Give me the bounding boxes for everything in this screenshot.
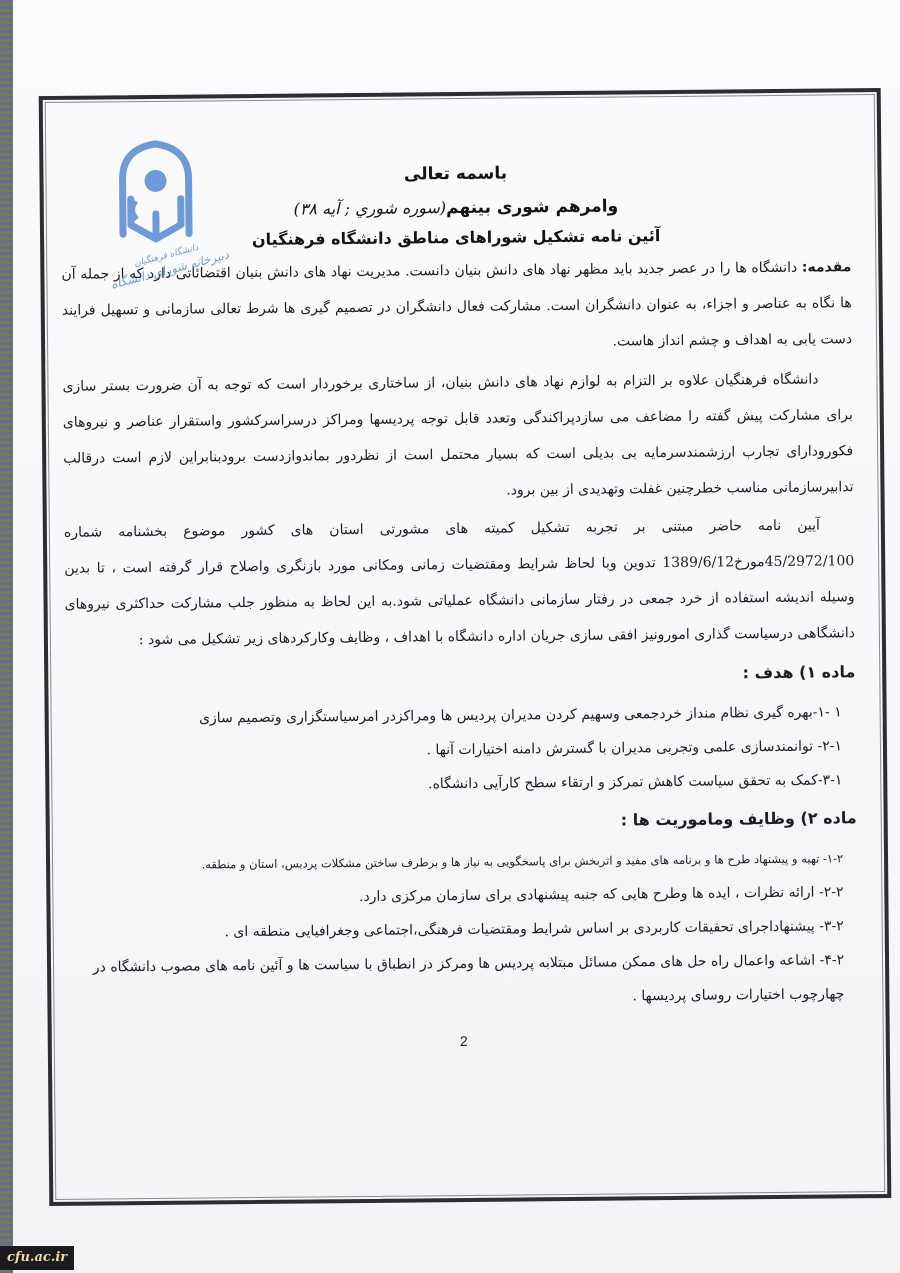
paragraph-structure: دانشگاه فرهنگیان علاوه بر التزام به لواز… [62,361,853,513]
article-2-item: ۴-۲- اشاعه واعمال راه حل های ممکن مسائل … [68,943,859,1019]
article-1-title: ماده ۱) هدف : [65,655,855,697]
article-2-title: ماده ۲) وظایف وماموریت ها : [67,801,857,843]
university-emblem-icon: دانشگاه فرهنگیان دبیرخانه شورای دانشگاه [100,138,211,289]
paragraph-regulation-basis: آیین نامه حاضر مبتنی بر تجربه تشکیل کمیت… [64,507,855,659]
article-1-item: ۳-۱-کمک به تحقق سیاست کاهش تمرکز و ارتقا… [66,763,856,805]
header-verse-reference: (سوره شوري ; آیه ۳۸) [293,198,446,218]
intro-label: مقدمه: [802,259,852,275]
scanner-edge-strip [0,0,13,1273]
document-body: دانشگاه فرهنگیان دبیرخانه شورای دانشگاه … [60,116,859,1053]
site-watermark: cfu.ac.ir [0,1246,74,1270]
header-verse-main: وامرهم شوری بینهم [446,196,618,218]
